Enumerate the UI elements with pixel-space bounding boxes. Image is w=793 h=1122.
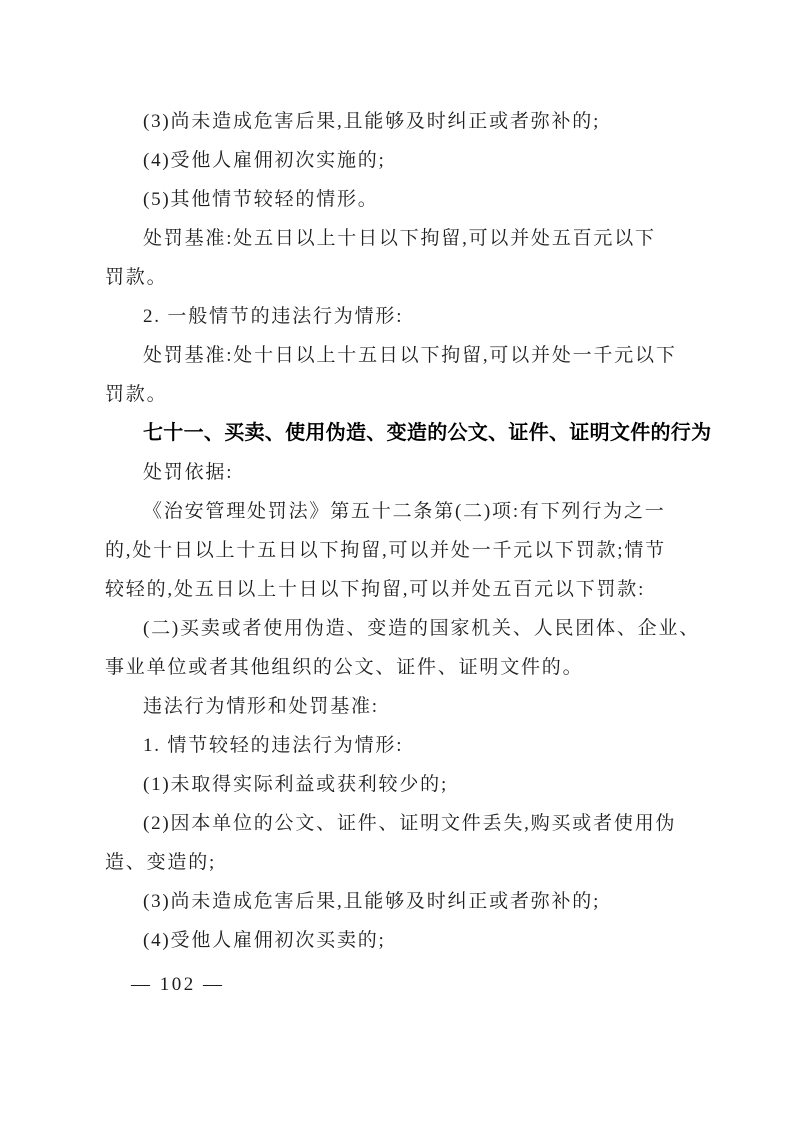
body-line: (5)其他情节较轻的情形。 [105, 180, 715, 219]
body-line: 《治安管理处罚法》第五十二条第(二)项:有下列行为之一 [105, 492, 715, 531]
document-body: (3)尚未造成危害后果,且能够及时纠正或者弥补的; (4)受他人雇佣初次实施的;… [105, 102, 715, 960]
body-line: 事业单位或者其他组织的公文、证件、证明文件的。 [105, 648, 715, 687]
body-line: (3)尚未造成危害后果,且能够及时纠正或者弥补的; [105, 882, 715, 921]
body-line: 造、变造的; [105, 843, 715, 882]
body-line: (4)受他人雇佣初次买卖的; [105, 921, 715, 960]
body-line: 处罚依据: [105, 453, 715, 492]
body-line: (4)受他人雇佣初次实施的; [105, 141, 715, 180]
page-number: — 102 — [131, 970, 225, 1000]
body-line: 处罚基准:处五日以上十日以下拘留,可以并处五百元以下 [105, 219, 715, 258]
body-line: (2)因本单位的公文、证件、证明文件丢失,购买或者使用伪 [105, 804, 715, 843]
body-line: (二)买卖或者使用伪造、变造的国家机关、人民团体、企业、 [105, 609, 715, 648]
body-line: (1)未取得实际利益或获利较少的; [105, 765, 715, 804]
body-line: 罚款。 [105, 258, 715, 297]
body-line: 的,处十日以上十五日以下拘留,可以并处一千元以下罚款;情节 [105, 531, 715, 570]
body-line: 较轻的,处五日以上十日以下拘留,可以并处五百元以下罚款: [105, 570, 715, 609]
document-page: (3)尚未造成危害后果,且能够及时纠正或者弥补的; (4)受他人雇佣初次实施的;… [0, 0, 793, 1122]
body-line: 罚款。 [105, 375, 715, 414]
body-line: 处罚基准:处十日以上十五日以下拘留,可以并处一千元以下 [105, 336, 715, 375]
body-line: 2. 一般情节的违法行为情形: [105, 297, 715, 336]
body-line: 违法行为情形和处罚基准: [105, 687, 715, 726]
body-line: (3)尚未造成危害后果,且能够及时纠正或者弥补的; [105, 102, 715, 141]
body-line: 1. 情节较轻的违法行为情形: [105, 726, 715, 765]
section-heading: 七十一、买卖、使用伪造、变造的公文、证件、证明文件的行为 [105, 414, 715, 453]
